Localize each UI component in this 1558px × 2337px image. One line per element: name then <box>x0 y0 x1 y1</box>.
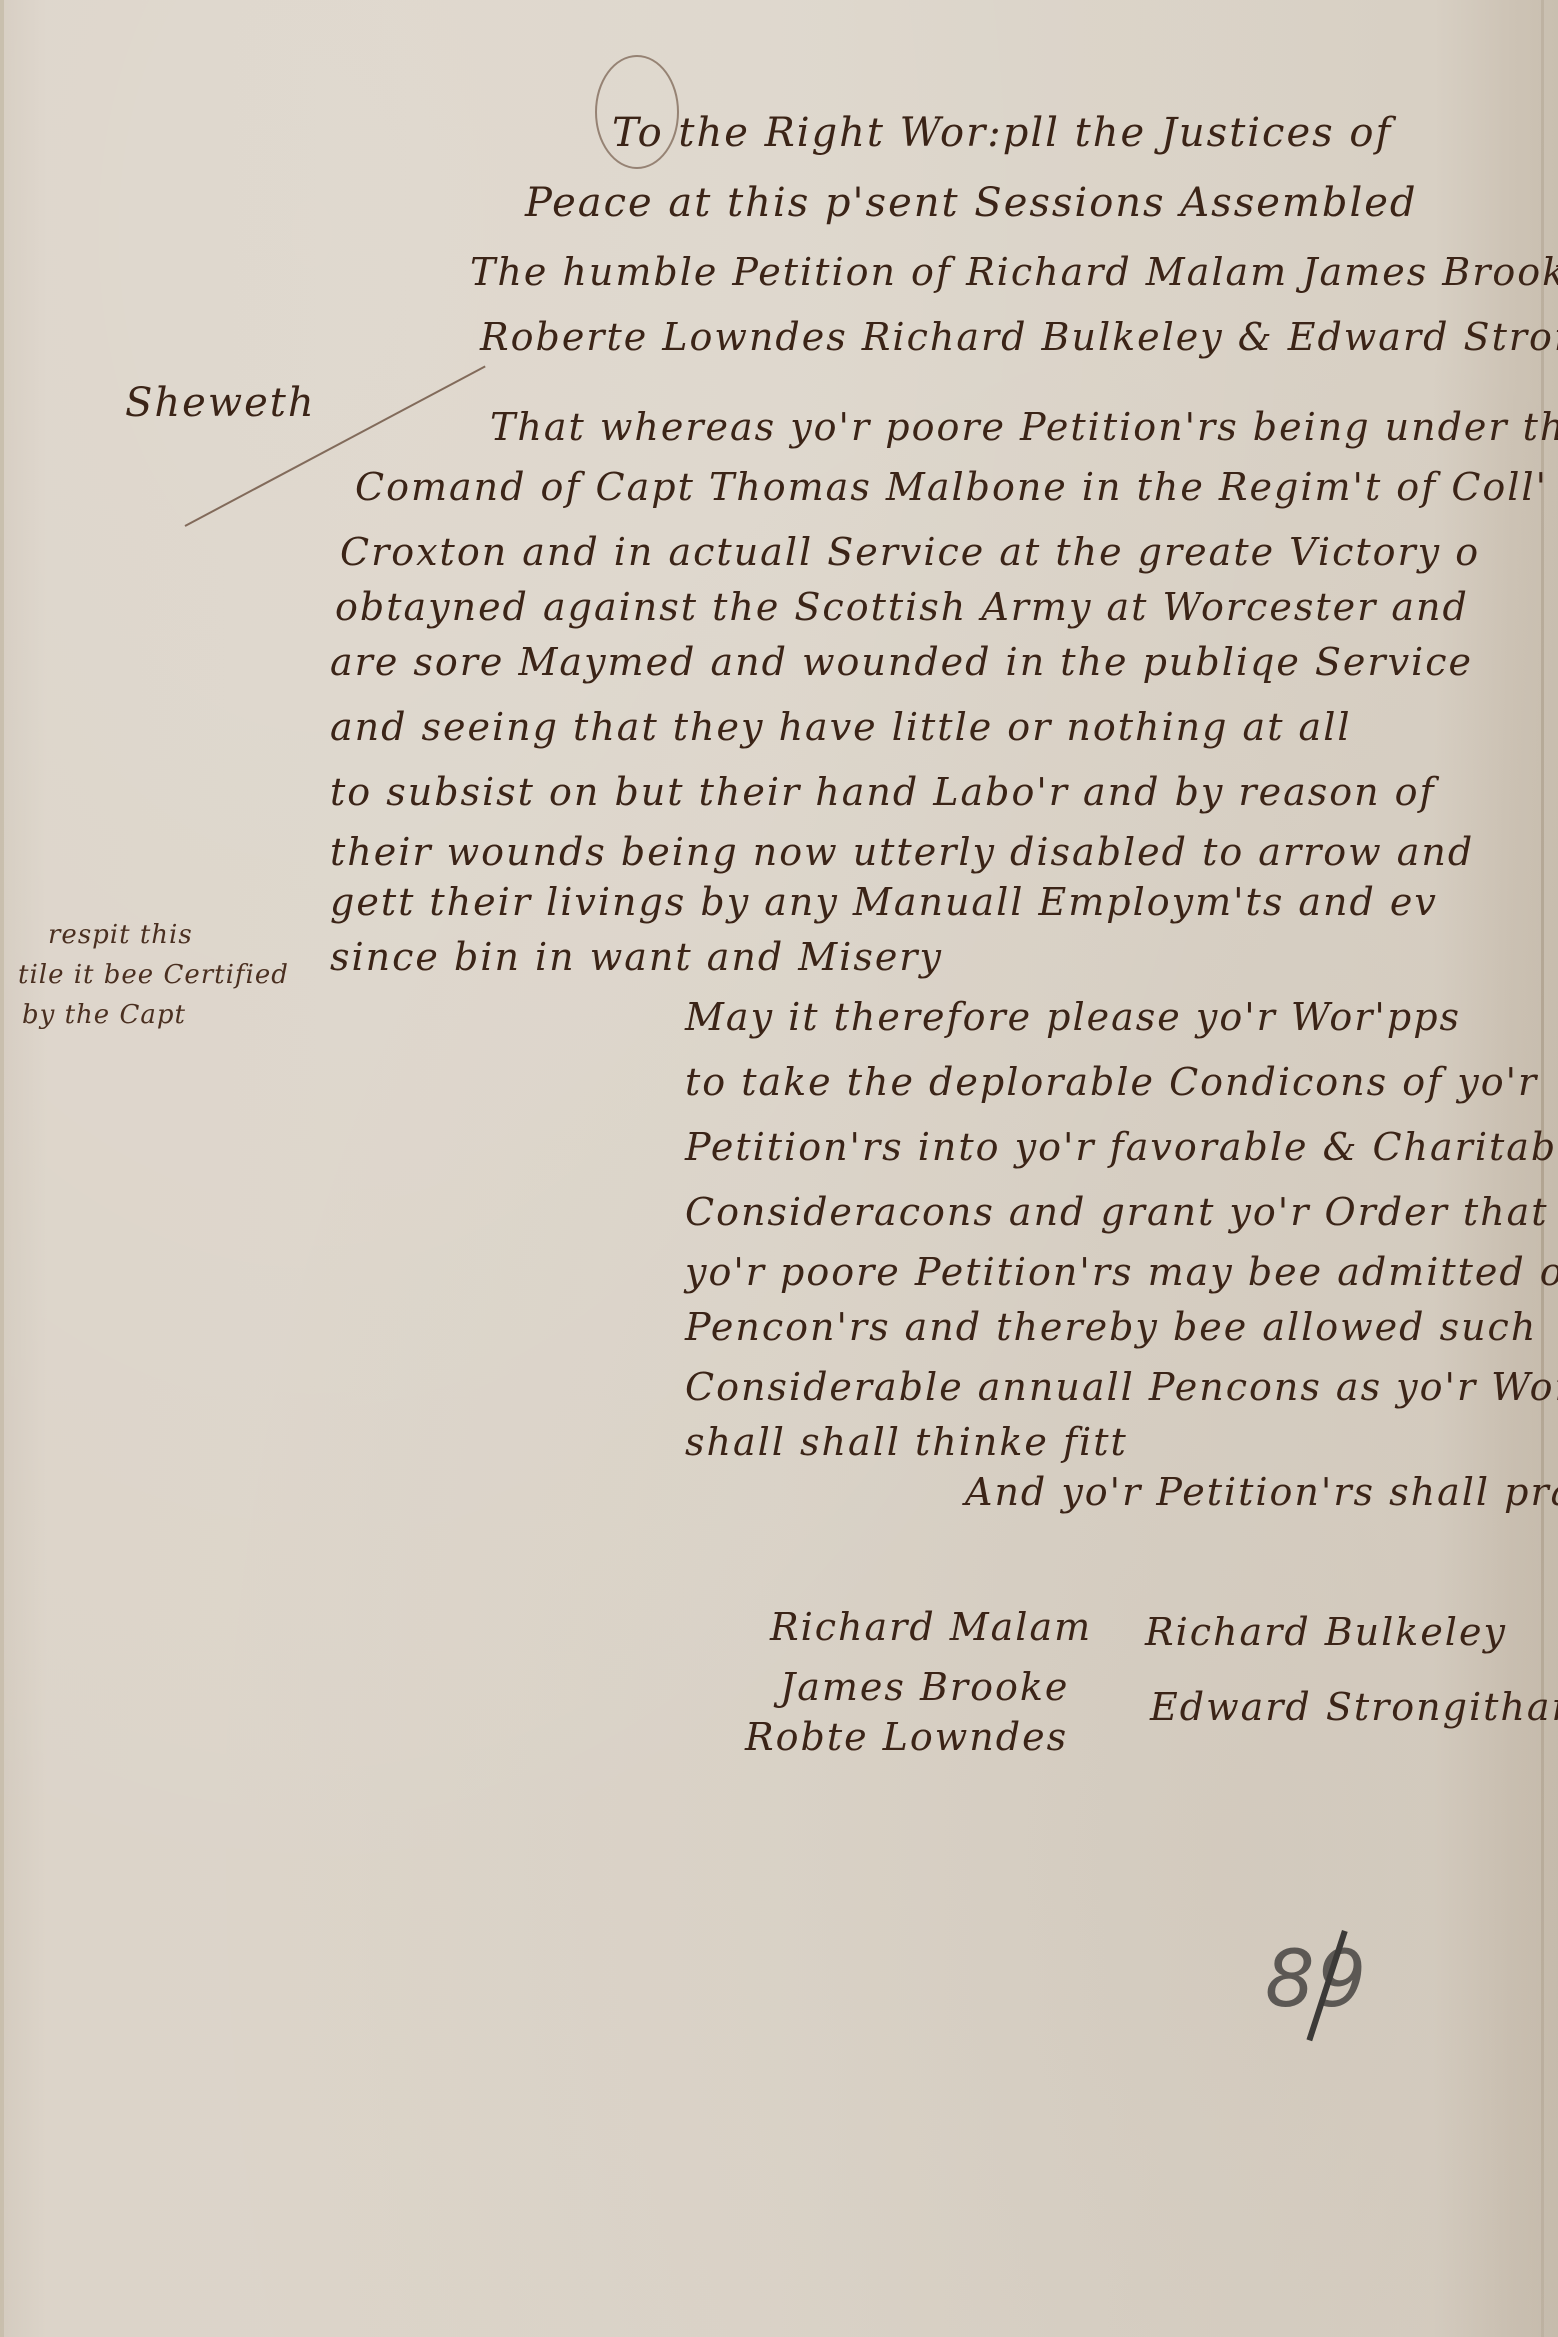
prayer-line: Considerable annuall Pencons as yo'r Wor… <box>685 1365 1558 1409</box>
closing-line: And yo'r Petition'rs shall pray <box>965 1470 1558 1514</box>
signature-right: Edward Strongitharm <box>1150 1685 1558 1729</box>
page-left-edge <box>0 0 4 2337</box>
body-line: to subsist on but their hand Labo'r and … <box>330 770 1436 814</box>
signature-left: Richard Malam <box>770 1605 1092 1649</box>
title-line-2: Roberte Lowndes Richard Bulkeley & Edwar… <box>480 315 1558 359</box>
prayer-line: May it therefore please yo'r Wor'pps <box>685 995 1461 1039</box>
body-line: Croxton and in actuall Service at the gr… <box>340 530 1480 574</box>
body-line: Comand of Capt Thomas Malbone in the Reg… <box>355 465 1548 509</box>
sheweth-label: Sheweth <box>125 380 316 426</box>
body-line: gett their livings by any Manuall Employ… <box>330 880 1438 924</box>
prayer-line: to take the deplorable Condicons of yo'r <box>685 1060 1538 1104</box>
signature-right: Richard Bulkeley <box>1145 1610 1507 1654</box>
signature-left: James Brooke <box>780 1665 1069 1709</box>
address-line-1: To the Right Wor:pll the Justices of <box>612 110 1392 156</box>
body-line: That whereas yo'r poore Petition'rs bein… <box>490 405 1558 449</box>
body-line: and seeing that they have little or noth… <box>330 705 1352 749</box>
prayer-line: Petition'rs into yo'r favorable & Charit… <box>685 1125 1558 1169</box>
margin-note-line: by the Capt <box>22 1000 186 1030</box>
prayer-line: yo'r poore Petition'rs may bee admitted … <box>685 1250 1558 1294</box>
margin-note-line: tile it bee Certified <box>18 960 289 990</box>
body-line: since bin in want and Misery <box>330 935 943 979</box>
address-line-2: Peace at this p'sent Sessions Assembled <box>525 180 1418 226</box>
body-line: are sore Maymed and wounded in the publi… <box>330 640 1473 684</box>
margin-note-line: respit this <box>48 920 193 950</box>
title-line-1: The humble Petition of Richard Malam Jam… <box>470 250 1558 294</box>
signature-left: Robte Lowndes <box>745 1715 1068 1759</box>
prayer-line: Pencon'rs and thereby bee allowed such <box>685 1305 1537 1349</box>
body-line: their wounds being now utterly disabled … <box>330 830 1474 874</box>
body-line: obtayned against the Scottish Army at Wo… <box>335 585 1469 629</box>
prayer-line: shall shall thinke fitt <box>685 1420 1128 1464</box>
prayer-line: Consideracons and grant yo'r Order that <box>685 1190 1549 1234</box>
